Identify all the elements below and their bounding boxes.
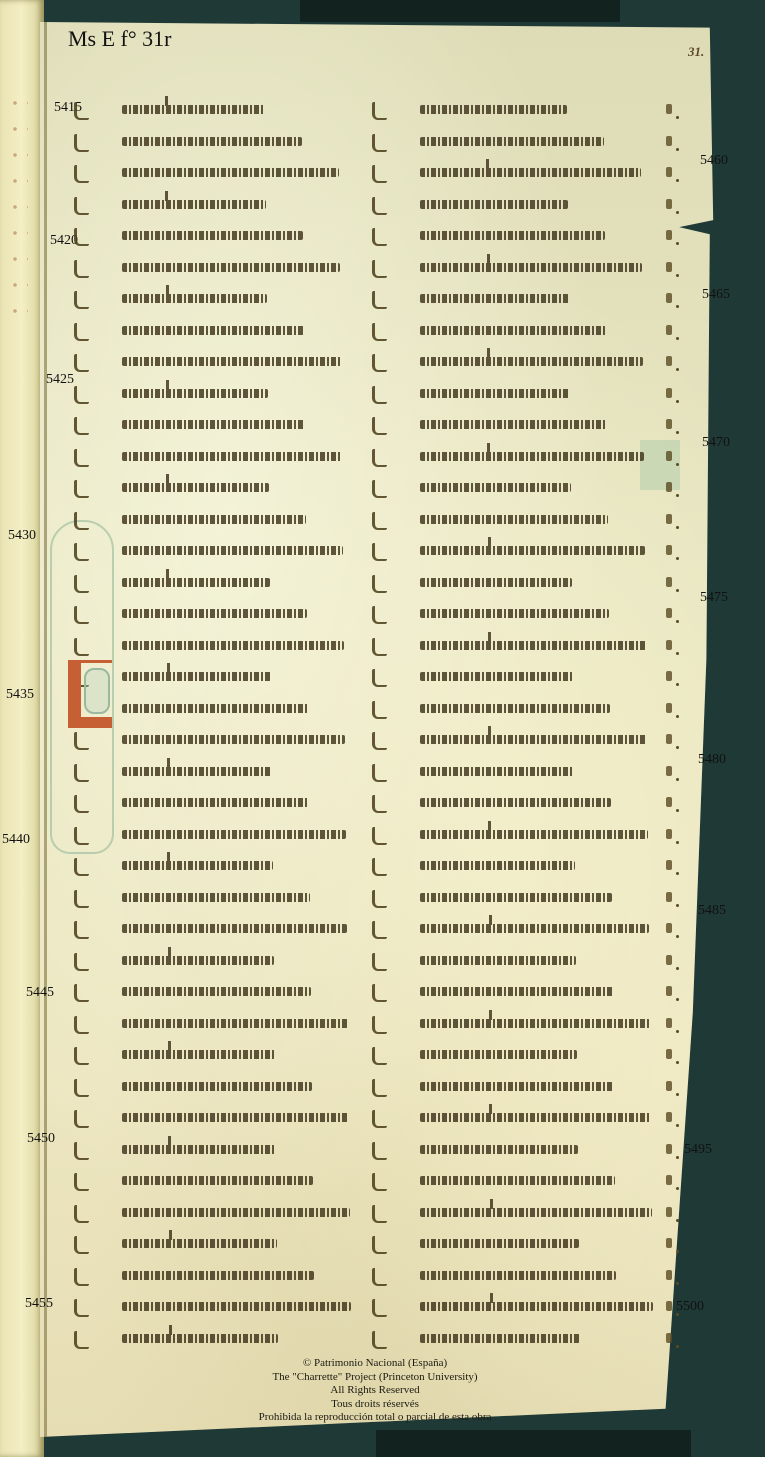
verse-initial bbox=[372, 1299, 387, 1317]
copyright-notice: © Patrimonio Nacional (España) The "Char… bbox=[180, 1357, 570, 1425]
handwritten-text bbox=[420, 893, 612, 902]
handwritten-text bbox=[420, 137, 604, 146]
verse-initial bbox=[372, 417, 387, 435]
handwritten-text bbox=[420, 389, 570, 398]
handwritten-text bbox=[122, 956, 274, 965]
handwritten-text bbox=[122, 798, 309, 807]
verse-initial bbox=[74, 543, 89, 561]
verse-initial bbox=[372, 291, 387, 309]
verse-initial bbox=[372, 354, 387, 372]
line-number: 5435 bbox=[6, 687, 34, 703]
handwritten-text bbox=[122, 1050, 275, 1059]
handwritten-text bbox=[122, 924, 347, 933]
handwritten-text bbox=[420, 1334, 580, 1343]
handwritten-text bbox=[420, 1208, 652, 1217]
verse-initial bbox=[74, 1299, 89, 1317]
verse-initial bbox=[74, 1016, 89, 1034]
handwritten-text bbox=[420, 1082, 614, 1091]
handwritten-text bbox=[122, 1334, 278, 1343]
verse-initial bbox=[372, 197, 387, 215]
verse-initial bbox=[372, 1268, 387, 1286]
handwritten-text bbox=[420, 798, 611, 807]
verse-initial bbox=[74, 354, 89, 372]
handwritten-text bbox=[420, 357, 643, 366]
verse-initial bbox=[74, 260, 89, 278]
verse-initial bbox=[372, 1173, 387, 1191]
handwritten-text bbox=[122, 735, 345, 744]
verse-initial bbox=[372, 228, 387, 246]
mount-shadow-top bbox=[300, 0, 620, 22]
handwritten-text bbox=[122, 105, 265, 114]
handwritten-text bbox=[122, 704, 308, 713]
handwritten-text bbox=[420, 263, 642, 272]
verse-initial bbox=[74, 512, 89, 530]
verse-initial bbox=[74, 197, 89, 215]
handwritten-text bbox=[122, 168, 339, 177]
verse-initial bbox=[74, 323, 89, 341]
line-number: 5485 bbox=[698, 903, 726, 919]
handwritten-text bbox=[122, 515, 306, 524]
verse-initial bbox=[372, 921, 387, 939]
line-number: 5495 bbox=[684, 1142, 712, 1158]
handwritten-text bbox=[420, 200, 568, 209]
verse-initial bbox=[74, 480, 89, 498]
verse-initial bbox=[74, 953, 89, 971]
verse-initial bbox=[74, 921, 89, 939]
verse-initial bbox=[372, 669, 387, 687]
handwritten-text bbox=[420, 1050, 577, 1059]
verse-initial bbox=[372, 1110, 387, 1128]
verse-initial bbox=[372, 764, 387, 782]
page-title: Ms E f° 31r bbox=[68, 26, 172, 52]
verse-initial bbox=[372, 1142, 387, 1160]
handwritten-text bbox=[122, 483, 269, 492]
handwritten-text bbox=[122, 578, 270, 587]
verse-initial bbox=[372, 449, 387, 467]
mount-shadow-bottom bbox=[376, 1430, 691, 1457]
verse-initial bbox=[372, 323, 387, 341]
illuminated-initial-inner bbox=[84, 668, 110, 714]
facing-folio-edge bbox=[0, 0, 44, 1457]
handwritten-text bbox=[122, 231, 303, 240]
copyright-line-5: Prohibida la reproducción total o parcia… bbox=[180, 1411, 570, 1425]
verse-initial bbox=[74, 134, 89, 152]
verse-initial bbox=[372, 858, 387, 876]
handwritten-text bbox=[420, 1176, 615, 1185]
line-number: 5455 bbox=[25, 1296, 53, 1312]
gutter-line bbox=[44, 22, 47, 1437]
line-number: 5425 bbox=[46, 372, 74, 388]
handwritten-text bbox=[420, 1302, 653, 1311]
verse-initial bbox=[372, 543, 387, 561]
line-number: 5470 bbox=[702, 435, 730, 451]
handwritten-text bbox=[420, 546, 645, 555]
handwritten-text bbox=[122, 294, 267, 303]
handwritten-text bbox=[420, 861, 575, 870]
verse-initial bbox=[372, 512, 387, 530]
verse-initial bbox=[372, 1205, 387, 1223]
verse-initial bbox=[372, 575, 387, 593]
handwritten-text bbox=[420, 1271, 616, 1280]
verse-initial bbox=[372, 1047, 387, 1065]
handwritten-text bbox=[420, 609, 609, 618]
verse-initial bbox=[74, 827, 89, 845]
handwritten-text bbox=[122, 767, 272, 776]
line-number: 5460 bbox=[700, 153, 728, 169]
verse-initial bbox=[74, 1236, 89, 1254]
handwritten-text bbox=[122, 137, 302, 146]
verse-initial bbox=[74, 1173, 89, 1191]
verse-initial bbox=[372, 795, 387, 813]
verse-initial bbox=[74, 1268, 89, 1286]
verse-initial bbox=[74, 858, 89, 876]
line-number: 5480 bbox=[698, 752, 726, 768]
handwritten-text bbox=[420, 704, 610, 713]
handwritten-text bbox=[420, 420, 607, 429]
verse-initial bbox=[74, 291, 89, 309]
handwritten-text bbox=[420, 1113, 651, 1122]
handwritten-text bbox=[420, 105, 567, 114]
handwritten-text bbox=[122, 672, 271, 681]
handwritten-text bbox=[420, 641, 646, 650]
line-number: 5430 bbox=[8, 528, 36, 544]
facing-folio-decoration bbox=[8, 90, 28, 320]
green-stain bbox=[640, 440, 680, 490]
verse-initial bbox=[74, 1331, 89, 1349]
copyright-line-3: All Rights Reserved bbox=[180, 1384, 570, 1398]
verse-initial bbox=[372, 1079, 387, 1097]
handwritten-text bbox=[420, 1239, 579, 1248]
handwritten-text bbox=[122, 389, 268, 398]
handwritten-text bbox=[122, 1208, 350, 1217]
handwritten-text bbox=[122, 1113, 349, 1122]
verse-initial bbox=[74, 102, 89, 120]
handwritten-text bbox=[122, 452, 342, 461]
verse-initial bbox=[372, 386, 387, 404]
verse-initial bbox=[372, 984, 387, 1002]
verse-initial bbox=[372, 701, 387, 719]
handwritten-text bbox=[420, 924, 649, 933]
handwritten-text bbox=[122, 987, 311, 996]
handwritten-text bbox=[122, 861, 273, 870]
verse-initial bbox=[372, 827, 387, 845]
line-number: 5500 bbox=[676, 1299, 704, 1315]
handwritten-text bbox=[122, 357, 341, 366]
verse-initial bbox=[74, 1047, 89, 1065]
verse-initial bbox=[74, 638, 89, 656]
verse-initial bbox=[74, 764, 89, 782]
line-number: 5445 bbox=[26, 985, 54, 1001]
handwritten-text bbox=[122, 609, 307, 618]
verse-initial bbox=[372, 638, 387, 656]
verse-initial bbox=[372, 480, 387, 498]
verse-initial bbox=[372, 260, 387, 278]
handwritten-text bbox=[122, 263, 340, 272]
verse-initial bbox=[74, 1110, 89, 1128]
verse-initial bbox=[74, 575, 89, 593]
verse-initial bbox=[74, 890, 89, 908]
verse-initial bbox=[74, 1142, 89, 1160]
line-number: 5465 bbox=[702, 287, 730, 303]
handwritten-text bbox=[420, 231, 605, 240]
copyright-line-2: The "Charrette" Project (Princeton Unive… bbox=[180, 1371, 570, 1385]
handwritten-text bbox=[122, 1145, 276, 1154]
verse-initial bbox=[372, 890, 387, 908]
handwritten-text bbox=[122, 641, 344, 650]
handwritten-text bbox=[122, 1239, 277, 1248]
handwritten-text bbox=[420, 956, 576, 965]
verse-initial bbox=[74, 228, 89, 246]
verse-initial bbox=[372, 134, 387, 152]
handwritten-text bbox=[122, 830, 346, 839]
verse-initial bbox=[74, 795, 89, 813]
handwritten-text bbox=[420, 830, 648, 839]
copyright-line-4: Tous droits réservés bbox=[180, 1398, 570, 1412]
verse-initial bbox=[372, 102, 387, 120]
handwritten-text bbox=[420, 735, 647, 744]
handwritten-text bbox=[122, 1271, 314, 1280]
copyright-line-1: © Patrimonio Nacional (España) bbox=[180, 1357, 570, 1371]
verse-initial bbox=[372, 606, 387, 624]
handwritten-text bbox=[420, 483, 571, 492]
verse-initial bbox=[74, 386, 89, 404]
line-number: 5475 bbox=[700, 590, 728, 606]
line-number: 5450 bbox=[27, 1131, 55, 1147]
verse-initial bbox=[74, 165, 89, 183]
handwritten-text bbox=[122, 1302, 351, 1311]
handwritten-text bbox=[122, 420, 305, 429]
handwritten-text bbox=[420, 578, 572, 587]
handwritten-text bbox=[122, 326, 304, 335]
line-number: 5440 bbox=[2, 832, 30, 848]
verse-initial bbox=[74, 732, 89, 750]
handwritten-text bbox=[420, 294, 569, 303]
verse-initial bbox=[372, 953, 387, 971]
handwritten-text bbox=[420, 987, 613, 996]
verse-initial bbox=[372, 165, 387, 183]
folio-number: 31. bbox=[688, 44, 704, 60]
verse-initial bbox=[74, 417, 89, 435]
handwritten-text bbox=[122, 1019, 348, 1028]
handwritten-text bbox=[420, 515, 608, 524]
verse-initial bbox=[372, 1016, 387, 1034]
verse-initial bbox=[372, 1331, 387, 1349]
verse-initial bbox=[74, 449, 89, 467]
handwritten-text bbox=[420, 452, 644, 461]
verse-initial bbox=[74, 984, 89, 1002]
handwritten-text bbox=[420, 168, 641, 177]
handwritten-text bbox=[122, 1082, 312, 1091]
handwritten-text bbox=[420, 1019, 650, 1028]
verse-initial bbox=[74, 1205, 89, 1223]
verse-initial bbox=[372, 1236, 387, 1254]
handwritten-text bbox=[420, 767, 574, 776]
handwritten-text bbox=[420, 1145, 578, 1154]
verse-initial bbox=[74, 1079, 89, 1097]
handwritten-text bbox=[420, 326, 606, 335]
verse-initial bbox=[372, 732, 387, 750]
handwritten-text bbox=[122, 546, 343, 555]
handwritten-text bbox=[122, 893, 310, 902]
handwritten-text bbox=[122, 200, 266, 209]
handwritten-text bbox=[420, 672, 573, 681]
handwritten-text bbox=[122, 1176, 313, 1185]
verse-initial bbox=[74, 606, 89, 624]
